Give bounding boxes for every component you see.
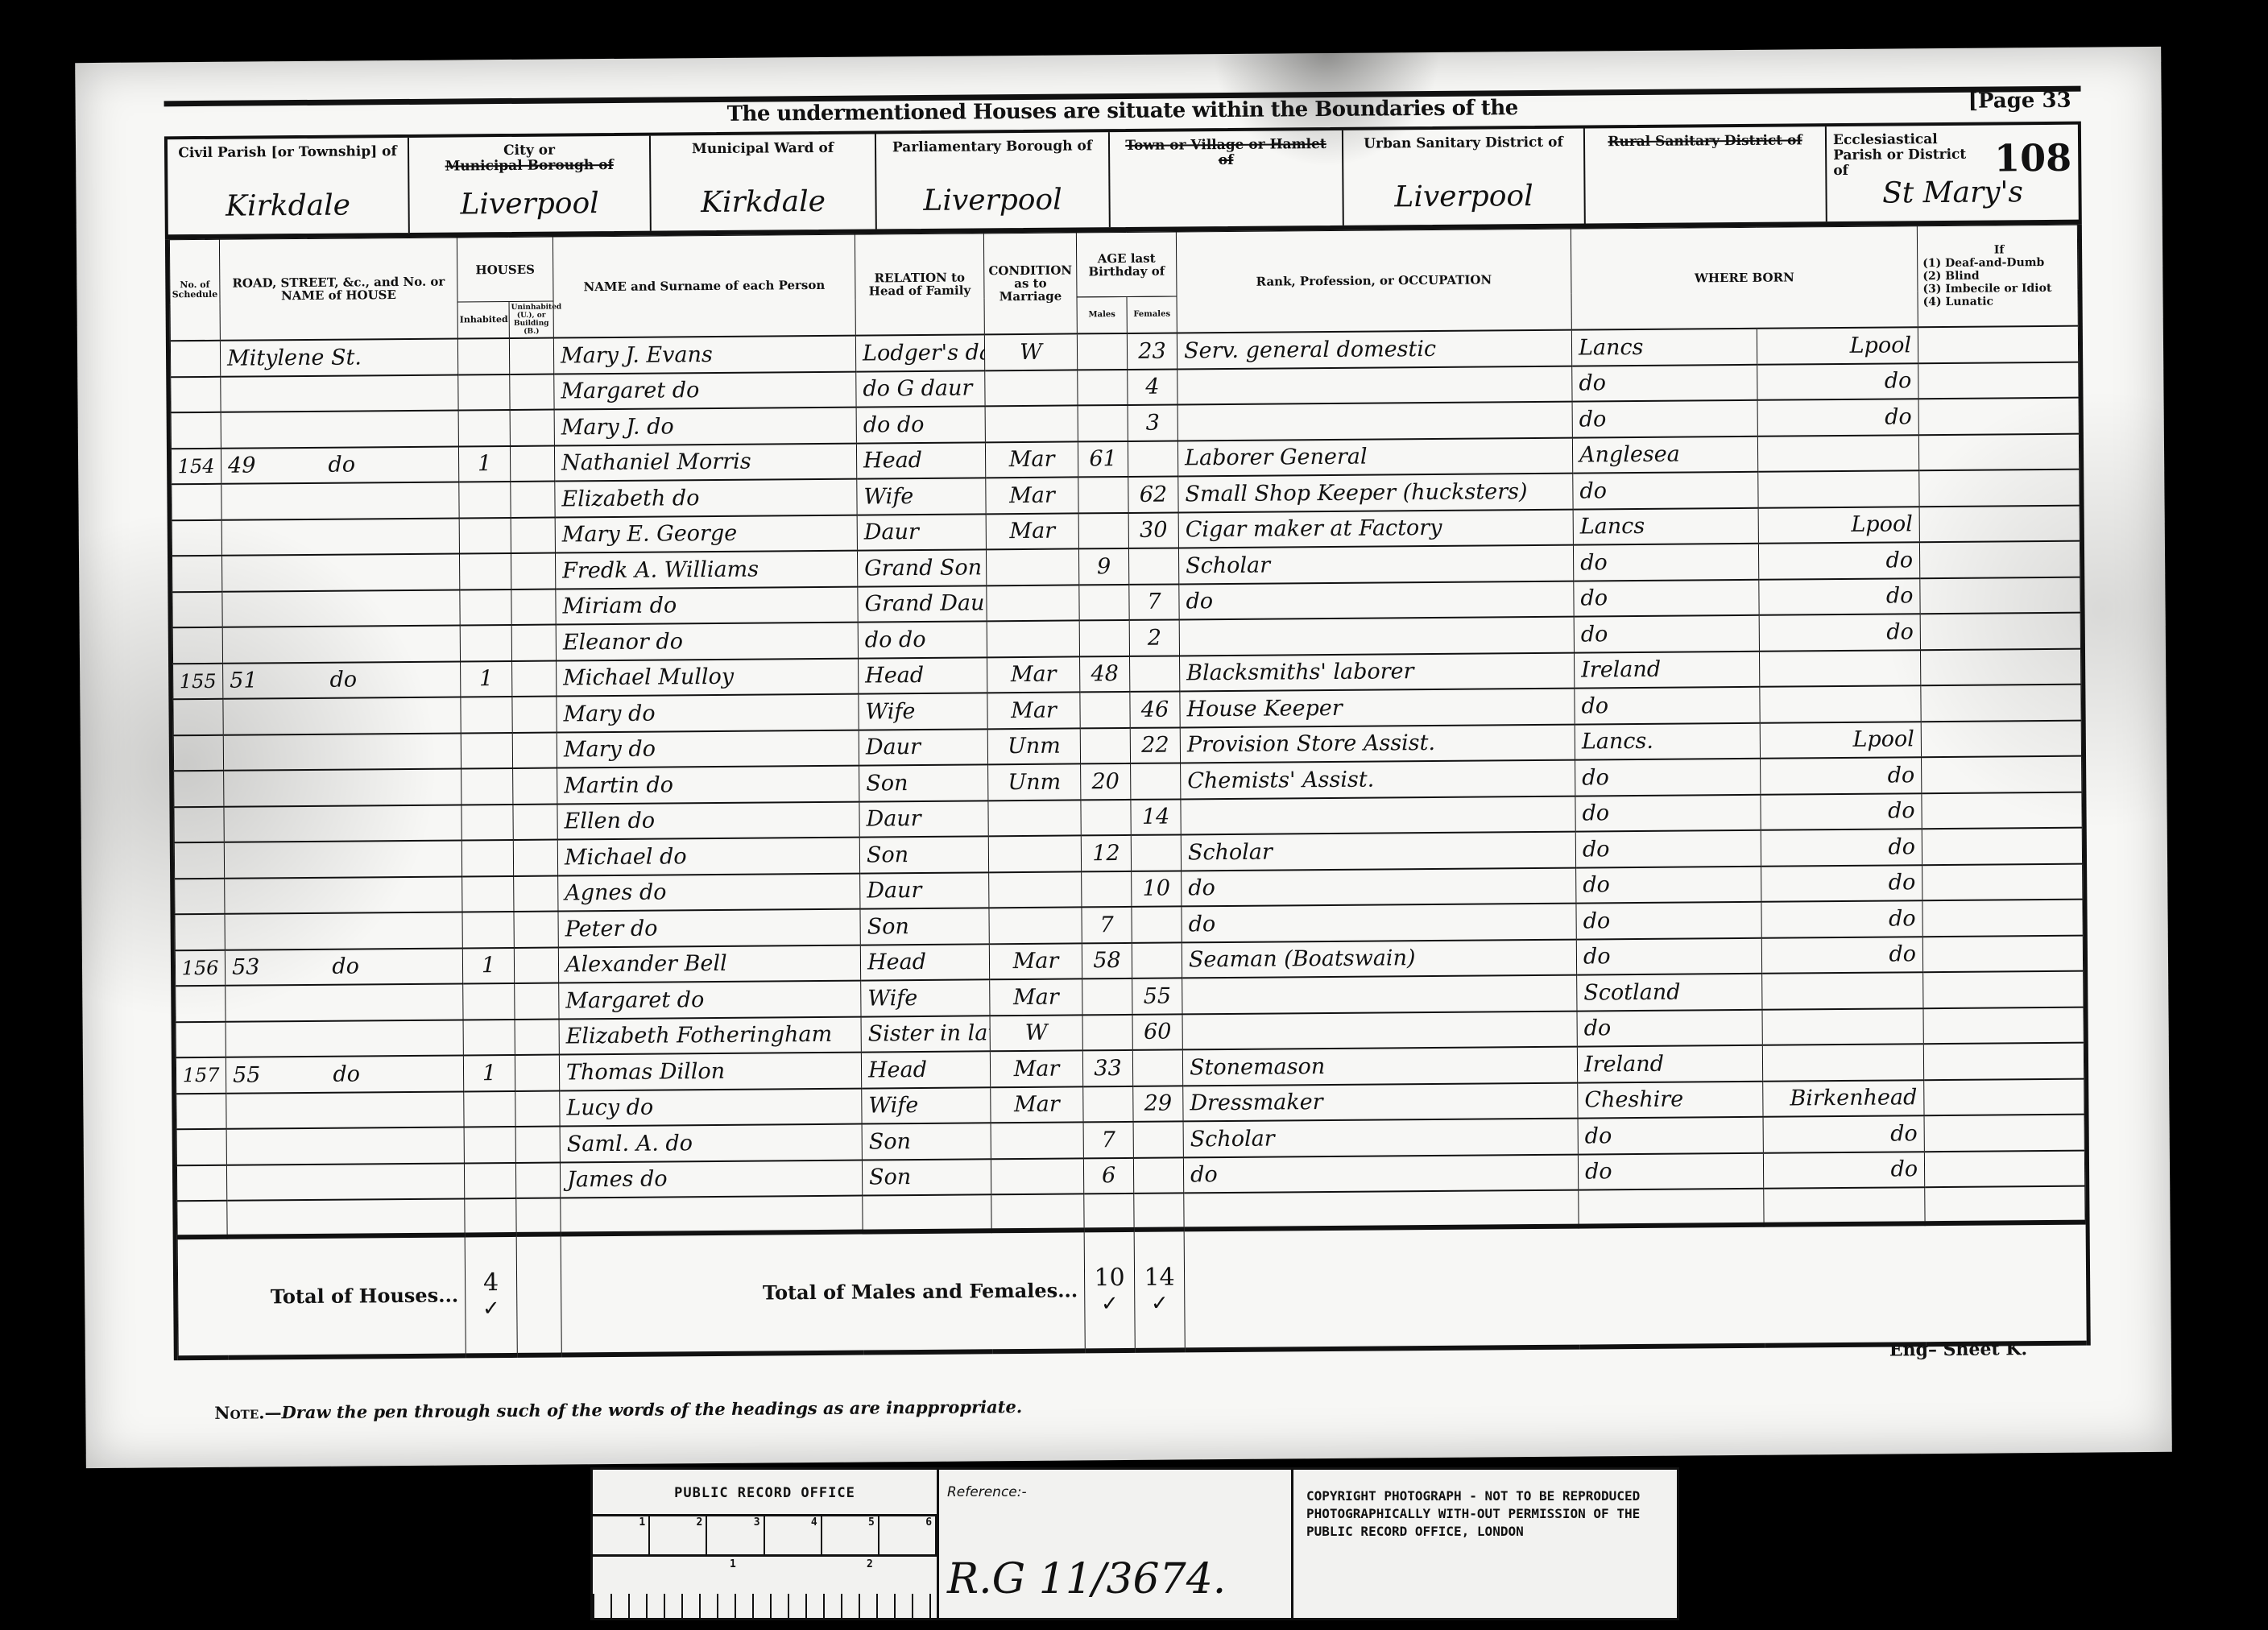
civil-parish-label: Civil Parish [or Township] of	[174, 144, 401, 161]
female-age: 7	[1129, 584, 1179, 620]
birth-county: Ireland	[1575, 651, 1760, 688]
total-houses-number: 4	[483, 1268, 499, 1297]
marital-condition: Mar	[991, 1086, 1083, 1123]
birth-place	[1760, 685, 1921, 722]
inhabited-count	[464, 1090, 515, 1127]
birth-place: do	[1759, 578, 1920, 615]
total-females-number: 14	[1144, 1264, 1174, 1292]
infirmity	[1919, 505, 2080, 542]
birth-place	[1760, 650, 1921, 687]
infirmity	[1924, 1150, 2084, 1187]
person-name	[561, 1196, 863, 1234]
ecclesiastical-parish-value: St Mary's	[1827, 176, 2078, 210]
uninhabited	[515, 983, 559, 1020]
uninhabited	[511, 553, 555, 590]
house-number: 49	[228, 453, 256, 478]
address	[221, 482, 459, 519]
relation: Son	[859, 764, 988, 801]
address	[224, 768, 461, 806]
infirmity	[1924, 1078, 2084, 1115]
house-number: Mitylene St.	[227, 345, 362, 370]
male-age	[1077, 333, 1127, 370]
municipal-ward-value: Kirkdale	[651, 184, 875, 219]
occupation	[1177, 366, 1572, 404]
civil-parish-cell: Civil Parish [or Township] of Kirkdale	[168, 138, 410, 234]
infirmity	[1922, 792, 2082, 829]
relation: Sister in law	[861, 1016, 990, 1053]
schedule-number	[174, 842, 224, 879]
occupation: Scholar	[1183, 1119, 1578, 1157]
female-age	[1134, 1193, 1184, 1229]
birth-place	[1757, 435, 1918, 472]
female-age: 14	[1131, 799, 1181, 835]
address: Mitylene St.	[220, 338, 457, 376]
marital-condition: Mar	[985, 441, 1078, 478]
municipal-borough-label: Municipal Borough of	[445, 157, 613, 175]
female-age: 22	[1130, 727, 1180, 763]
schedule-number	[171, 412, 221, 449]
birth-place: do	[1761, 900, 1922, 937]
uninhabited	[509, 338, 553, 374]
schedule-number	[173, 699, 223, 735]
birth-place: do	[1761, 829, 1922, 866]
street-ditto: do	[333, 1061, 360, 1086]
person-name: Mary E. George	[555, 515, 857, 552]
total-persons-label: Total of Males and Females...	[561, 1230, 1085, 1355]
female-age: 23	[1127, 333, 1177, 369]
male-age	[1082, 978, 1132, 1015]
cm-mark: 1	[593, 1516, 650, 1554]
birth-county: do	[1572, 400, 1757, 437]
person-name: Saml. A. do	[560, 1124, 862, 1162]
occupation: Cigar maker at Factory	[1178, 509, 1573, 548]
schedule-number: 156	[175, 949, 225, 986]
relation: Wife	[857, 478, 986, 515]
male-age: 7	[1083, 1122, 1133, 1158]
occupation: Scholar	[1181, 832, 1575, 871]
uninhabited	[510, 374, 554, 410]
marital-condition	[989, 871, 1082, 908]
uninhabited	[512, 732, 557, 768]
parliamentary-borough-label: Parliamentary Borough of	[883, 139, 1102, 155]
person-name: Fredk A. Williams	[555, 551, 857, 589]
female-age: 30	[1128, 512, 1178, 548]
schedule-number	[171, 376, 221, 412]
totals-row: Total of Houses... 4 ✓ Total of Males an…	[177, 1222, 2086, 1358]
person-name: Elizabeth Fotheringham	[559, 1016, 861, 1054]
marital-condition	[991, 1194, 1084, 1230]
occupation: Serv. general domestic	[1177, 330, 1571, 369]
stamp-scale: PUBLIC RECORD OFFICE 1 2 3 4 5 6 1 2	[593, 1470, 939, 1618]
col-females: Females	[1127, 296, 1177, 333]
relation: Son	[859, 836, 988, 873]
inhabited-count	[459, 482, 511, 518]
birth-county: Cheshire	[1578, 1081, 1763, 1118]
schedule-number: 157	[176, 1057, 226, 1094]
total-males-number: 10	[1094, 1264, 1124, 1292]
person-name: Martin do	[557, 766, 859, 804]
marital-condition: Mar	[990, 1050, 1082, 1086]
inhabited-count	[462, 912, 514, 948]
occupation: Chemists' Assist.	[1181, 760, 1575, 799]
birth-county: do	[1575, 759, 1761, 796]
inhabited-count	[457, 338, 509, 374]
female-age	[1133, 1157, 1183, 1194]
address	[221, 553, 459, 591]
birth-county: do	[1574, 579, 1759, 616]
civil-parish-value: Kirkdale	[168, 188, 408, 223]
occupation: do	[1182, 867, 1576, 906]
occupation: Small Shop Keeper (hucksters)	[1178, 474, 1573, 512]
address	[226, 1020, 463, 1057]
marital-condition	[985, 405, 1078, 441]
inhabited-count	[461, 840, 513, 876]
female-age: 10	[1132, 871, 1182, 907]
marital-condition	[991, 1158, 1083, 1194]
female-age: 55	[1132, 978, 1182, 1014]
col-occupation: Rank, Profession, or OCCUPATION	[1176, 229, 1571, 333]
inhabited-count	[463, 983, 515, 1020]
uninhabited	[513, 768, 557, 805]
schedule-number	[170, 341, 220, 377]
male-age	[1079, 584, 1129, 620]
municipal-ward-label: Municipal Ward of	[657, 140, 868, 157]
male-age	[1078, 369, 1128, 405]
uninhabited	[513, 804, 557, 840]
uninhabited	[514, 947, 558, 983]
birth-place: Lpool	[1760, 722, 1921, 759]
relation: Wife	[862, 1087, 991, 1124]
reference-value: R.G 11/3674.	[947, 1555, 1226, 1603]
uninhabited	[515, 1090, 560, 1127]
uninhabited	[511, 625, 556, 661]
infirmity	[1919, 470, 2080, 507]
male-age: 12	[1081, 835, 1131, 871]
birth-county: do	[1574, 615, 1759, 652]
address	[221, 518, 459, 556]
town-village-label: Town or Village or Hamlet of	[1125, 136, 1326, 168]
total-houses-value: 4 ✓	[465, 1234, 517, 1355]
address	[222, 625, 460, 663]
uninhabited	[511, 482, 555, 518]
uninhabited	[515, 1162, 560, 1198]
relation: Son	[860, 908, 989, 945]
relation: Wife	[861, 979, 990, 1016]
page-number: [Page 33	[1968, 89, 2071, 114]
schedule-number	[172, 627, 222, 664]
total-males: 10 ✓	[1084, 1229, 1135, 1350]
city-value: Liverpool	[409, 187, 649, 221]
birth-place: do	[1761, 793, 1922, 830]
male-age: 7	[1082, 907, 1132, 943]
inhabited-count	[458, 410, 510, 446]
birth-county: do	[1578, 1117, 1763, 1154]
person-name: Thomas Dillon	[559, 1053, 861, 1090]
occupation	[1181, 796, 1575, 834]
infirmity	[1923, 1007, 2084, 1044]
house-number: 51	[230, 668, 258, 693]
schedule-number	[176, 986, 226, 1022]
relation: Daur	[857, 514, 986, 551]
uninhabited	[515, 1019, 559, 1055]
occupation: House Keeper	[1180, 689, 1575, 727]
address	[222, 590, 460, 627]
inhabited-count	[459, 517, 511, 553]
marital-condition	[986, 548, 1078, 585]
female-age	[1128, 548, 1178, 584]
male-age	[1078, 405, 1128, 441]
col-where-born: WHERE BORN	[1571, 226, 1918, 330]
marital-condition: W	[984, 333, 1077, 370]
city-borough-cell: City or Municipal Borough of Liverpool	[409, 136, 652, 233]
birth-county: do	[1573, 472, 1758, 509]
infirmity	[1921, 720, 2081, 757]
reference-box: Reference:- R.G 11/3674.	[939, 1470, 1293, 1618]
marital-condition: Unm	[988, 763, 1081, 800]
inhabited-count	[461, 768, 513, 805]
schedule-number	[175, 914, 225, 950]
address	[223, 697, 461, 734]
inhabited-count	[460, 625, 511, 661]
birth-place: do	[1761, 757, 1922, 794]
urban-sanitary-label: Urban Sanitary District of	[1350, 135, 1577, 152]
person-name: Nathaniel Morris	[554, 443, 856, 481]
col-males: Males	[1077, 296, 1127, 333]
person-name: Michael Mulloy	[557, 658, 859, 696]
male-age	[1079, 620, 1129, 656]
census-rows: Mitylene St.Mary J. EvansLodger's daurW2…	[170, 326, 2085, 1237]
birth-county: Lancs	[1573, 507, 1758, 544]
marital-condition: Mar	[990, 978, 1082, 1015]
infirmity	[1923, 971, 2084, 1008]
inhabited-count: 1	[462, 947, 514, 983]
male-age: 61	[1078, 441, 1128, 477]
cm-mark: 5	[822, 1516, 879, 1554]
uninhabited	[510, 410, 554, 446]
schedule-number	[174, 806, 224, 842]
relation: Daur	[860, 872, 989, 909]
total-females: 14 ✓	[1134, 1229, 1185, 1350]
infirmity	[1918, 433, 2079, 470]
birth-county: Scotland	[1577, 974, 1762, 1011]
total-uninhabited	[516, 1234, 561, 1355]
person-name: Elizabeth do	[555, 479, 857, 517]
address	[224, 840, 461, 878]
address	[225, 876, 462, 914]
inhabited-count	[465, 1198, 516, 1235]
female-age: 62	[1128, 476, 1178, 512]
birth-county: Lancs	[1571, 329, 1757, 366]
infirmity	[1918, 398, 2079, 435]
infirmity-lunatic: (4) Lunatic	[1923, 295, 2076, 308]
female-age: 29	[1133, 1086, 1183, 1122]
birth-county: do	[1575, 687, 1760, 724]
inhabited-count	[461, 732, 512, 768]
occupation: Laborer General	[1177, 437, 1572, 476]
female-age: 2	[1129, 619, 1179, 656]
inhabited-count: 1	[463, 1055, 515, 1091]
female-age	[1128, 441, 1177, 477]
birth-county: do	[1572, 364, 1757, 401]
note-text: Draw the pen through such of the words o…	[281, 1396, 1022, 1422]
birth-county	[1579, 1189, 1764, 1226]
occupation	[1182, 1011, 1577, 1049]
female-age	[1131, 834, 1181, 871]
birth-county: Lancs.	[1575, 722, 1760, 759]
uninhabited	[511, 517, 555, 553]
marital-condition	[985, 370, 1078, 406]
occupation	[1182, 975, 1577, 1014]
infirmity	[1920, 577, 2080, 614]
inch-ruler: 1 2	[593, 1557, 937, 1618]
occupation: Seaman (Boatswain)	[1182, 939, 1576, 978]
inhabited-count: 1	[458, 445, 510, 482]
relation: Grand Daur	[858, 585, 987, 623]
relation: do G daur	[856, 370, 985, 407]
street-ditto: do	[332, 954, 359, 979]
inch-mark: 2	[867, 1558, 873, 1570]
infirmity	[1922, 863, 2083, 900]
address	[221, 374, 458, 412]
record-office-stamp: PUBLIC RECORD OFFICE 1 2 3 4 5 6 1 2 Ref…	[590, 1467, 1679, 1620]
female-age: 46	[1130, 691, 1180, 727]
marital-condition	[989, 907, 1082, 943]
marital-condition	[988, 800, 1081, 836]
birth-county: do	[1576, 902, 1761, 939]
office-name: PUBLIC RECORD OFFICE	[593, 1470, 937, 1516]
marital-condition: Mar	[987, 656, 1080, 693]
male-age	[1078, 477, 1128, 513]
uninhabited	[514, 912, 558, 948]
schedule-number	[176, 1129, 226, 1165]
birth-county: Ireland	[1577, 1045, 1762, 1082]
female-age: 3	[1128, 404, 1177, 441]
person-name: Margaret do	[559, 981, 861, 1019]
inhabited-count	[458, 374, 510, 410]
person-name: Mary do	[557, 730, 859, 767]
marital-condition: Mar	[987, 692, 1080, 728]
occupation	[1184, 1190, 1579, 1229]
birth-place: do	[1761, 865, 1922, 902]
infirmity	[1925, 1186, 2085, 1223]
infirmity	[1919, 541, 2080, 578]
person-name: Miriam do	[556, 586, 858, 624]
birth-place: Birkenhead	[1763, 1080, 1924, 1117]
relation: Lodger's daur	[855, 334, 984, 371]
infirmity-deaf-dumb: (1) Deaf-and-Dumb	[1922, 256, 2076, 270]
schedule-number: 154	[171, 448, 221, 484]
schedule-number	[172, 519, 221, 556]
male-age	[1082, 871, 1132, 907]
address: 53do	[225, 948, 462, 986]
relation: Wife	[859, 693, 987, 730]
infirmity-blind: (2) Blind	[1922, 269, 2076, 283]
marital-condition: Mar	[986, 477, 1078, 513]
col-age: AGE last Birthday of	[1076, 232, 1177, 297]
male-age	[1080, 727, 1130, 763]
male-age: 6	[1083, 1157, 1133, 1194]
relation: do do	[858, 621, 987, 658]
male-age: 20	[1081, 763, 1131, 800]
birth-place: do	[1757, 363, 1918, 400]
occupation	[1179, 617, 1574, 656]
schedule-number	[174, 771, 224, 807]
male-age: 48	[1080, 656, 1130, 692]
schedule-number: 155	[173, 663, 223, 699]
address	[223, 733, 461, 771]
col-relation: RELATION to Head of Family	[855, 234, 984, 336]
relation: Head	[859, 657, 987, 694]
district-number: 108	[1994, 136, 2071, 180]
birth-place	[1758, 470, 1919, 507]
marital-condition	[991, 1122, 1083, 1158]
street-ditto: do	[329, 668, 357, 693]
parliamentary-borough-cell: Parliamentary Borough of Liverpool	[876, 132, 1111, 229]
relation: Grand Son	[857, 549, 986, 586]
infirmity-if: If	[1922, 243, 2076, 257]
infirmity	[1922, 935, 2083, 972]
occupation: do	[1182, 904, 1576, 942]
birth-county: do	[1576, 866, 1761, 903]
female-age	[1130, 656, 1180, 692]
col-inhabited: Inhabited	[457, 301, 509, 338]
copyright-notice: COPYRIGHT PHOTOGRAPH - NOT TO BE REPRODU…	[1293, 1470, 1677, 1618]
occupation: do	[1179, 581, 1574, 619]
address	[221, 410, 458, 448]
inch-mark: 1	[730, 1558, 736, 1570]
relation: Daur	[859, 801, 988, 838]
occupation: Blacksmiths' laborer	[1180, 652, 1575, 691]
check-mark-icon: ✓	[1141, 1291, 1177, 1315]
uninhabited	[511, 589, 556, 625]
uninhabited	[515, 1055, 559, 1091]
birth-place: do	[1763, 1152, 1924, 1189]
relation: Head	[861, 1051, 990, 1088]
rural-sanitary-cell: Rural Sanitary District of	[1585, 126, 1827, 223]
marital-condition	[987, 585, 1079, 621]
relation: do do	[856, 406, 985, 443]
infirmity-imbecile: (3) Imbecile or Idiot	[1922, 282, 2076, 296]
marital-condition: Unm	[987, 728, 1080, 764]
inhabited-count	[459, 553, 511, 590]
uninhabited	[515, 1127, 560, 1163]
female-age	[1132, 942, 1182, 978]
occupation: Provision Store Assist.	[1180, 724, 1575, 763]
inhabited-count	[463, 1019, 515, 1055]
male-age	[1084, 1194, 1134, 1230]
occupation	[1177, 402, 1572, 441]
marital-condition: Mar	[989, 943, 1082, 979]
birth-place	[1762, 1008, 1923, 1045]
col-uninhabited: Uninhabited (U.), or Building (B.)	[509, 301, 553, 338]
census-page: The undermentioned Houses are situate wi…	[75, 47, 2172, 1468]
schedule-number	[172, 591, 222, 627]
person-name: James do	[560, 1160, 862, 1198]
female-age	[1132, 1049, 1182, 1086]
cm-mark: 6	[879, 1516, 937, 1554]
birth-place: do	[1758, 542, 1919, 579]
birth-county: do	[1576, 937, 1761, 974]
marital-condition: Mar	[986, 513, 1078, 549]
census-table: No. of Schedule ROAD, STREET, &c., and N…	[165, 225, 2091, 1360]
schedule-number	[177, 1201, 227, 1237]
cm-mark: 4	[765, 1516, 822, 1554]
address	[225, 912, 462, 949]
female-age	[1132, 906, 1182, 942]
birth-county: Anglesea	[1572, 436, 1757, 473]
occupation: do	[1183, 1154, 1578, 1193]
schedule-number	[176, 1165, 226, 1201]
